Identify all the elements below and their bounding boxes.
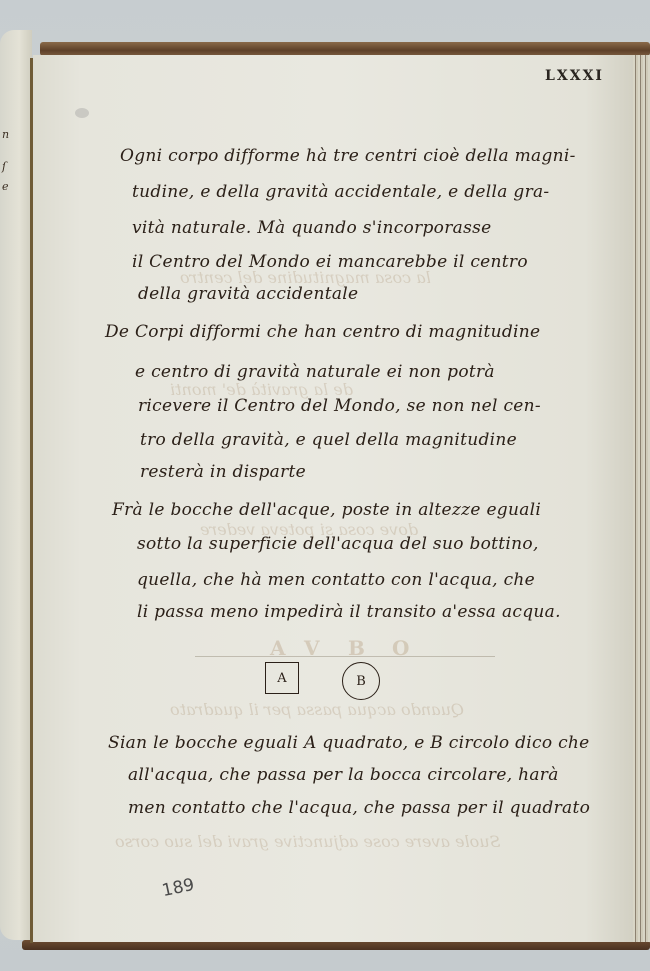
- text-line: Sian le bocche eguali A quadrato, e B ci…: [108, 733, 590, 753]
- binding-top-edge: [40, 42, 650, 56]
- text-line: resterà in disparte: [140, 462, 306, 482]
- bleed-through-letter: B: [348, 636, 365, 660]
- circle-label: B: [356, 674, 366, 689]
- left-page-fragment: e: [2, 180, 9, 193]
- page-stack-edge: [633, 55, 650, 942]
- text-line: Frà le bocche dell'acque, poste in altez…: [112, 500, 541, 520]
- circle-b-diagram: B: [342, 662, 380, 700]
- text-line: tudine, e della gravità accidentale, e d…: [132, 182, 549, 202]
- text-line: De Corpi difformi che han centro di magn…: [105, 322, 540, 342]
- folio-number: LXXXI: [545, 68, 604, 84]
- text-line: il Centro del Mondo ei mancarebbe il cen…: [132, 252, 528, 272]
- left-page-fragment: ſ: [2, 160, 6, 173]
- bleed-through-text: Suole avere cose adjunctive gravi del su…: [115, 832, 501, 851]
- bleed-through-letter: V: [304, 636, 320, 660]
- bleed-through-letter: A: [270, 636, 286, 660]
- bleed-through-text: Quando acqua passa per il quadrato: [170, 700, 464, 719]
- text-line: all'acqua, che passa per la bocca circol…: [128, 765, 559, 785]
- text-line: ricevere il Centro del Mondo, se non nel…: [138, 396, 541, 416]
- square-a-diagram: A: [265, 662, 299, 694]
- text-line: sotto la superficie dell'acqua del suo b…: [137, 534, 539, 554]
- text-line: vità naturale. Mà quando s'incorporasse: [132, 218, 491, 238]
- page-stain: [75, 108, 89, 118]
- bleed-through-letter: O: [392, 636, 409, 660]
- text-line: quella, che hà men contatto con l'acqua,…: [137, 570, 535, 590]
- text-line: e centro di gravità naturale ei non potr…: [135, 362, 495, 382]
- left-page-edge: n ſ e: [0, 30, 32, 940]
- left-page-fragment: n: [2, 128, 9, 141]
- text-line: Ogni corpo difforme hà tre centri cioè d…: [120, 146, 576, 166]
- square-label: A: [277, 671, 286, 686]
- text-line: men contatto che l'acqua, che passa per …: [128, 798, 590, 818]
- figure-rule: [195, 656, 495, 657]
- text-line: li passa meno impedirà il transito a'ess…: [137, 602, 561, 622]
- text-line: tro della gravità, e quel della magnitud…: [140, 430, 517, 450]
- text-line: della gravità accidentale: [138, 284, 358, 304]
